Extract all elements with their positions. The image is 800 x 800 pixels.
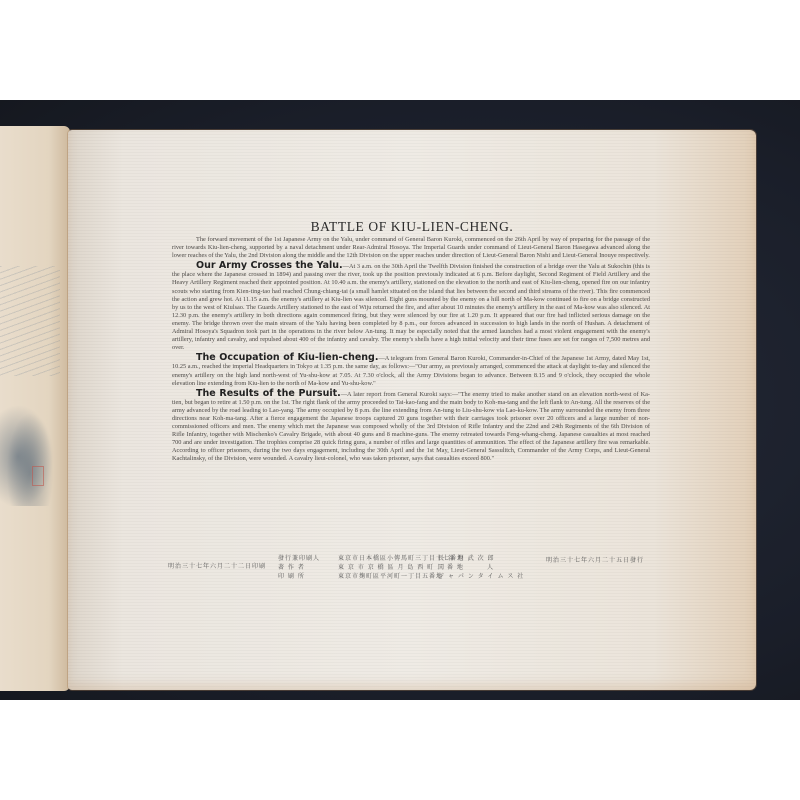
red-seal-mark — [32, 466, 44, 486]
label-author: 著 作 者 — [278, 563, 320, 572]
section-heading: The Occupation of Kiu-lien-cheng. — [196, 352, 378, 363]
section-text: —At 3 a.m. on the 30th April the Twelfth… — [172, 263, 650, 351]
page-title: BATTLE OF KIU-LIEN-CHENG. — [68, 219, 756, 235]
section-heading: Our Army Crosses the Yalu. — [196, 260, 343, 271]
section-text: —A later report from General Kuroki says… — [172, 391, 650, 463]
name-2: 同 人 — [438, 563, 524, 572]
section-pursuit: The Results of the Pursuit.—A later repo… — [172, 390, 650, 464]
name-1: 長 谷 川 武 次 郎 — [438, 554, 524, 563]
left-page-illustration — [0, 126, 70, 691]
intro-paragraph: The forward movement of the 1st Japanese… — [172, 236, 650, 260]
label-printer: 印 刷 所 — [278, 572, 320, 581]
publish-date: 明治三十七年六月二十五日發行 — [546, 556, 644, 565]
section-yalu: Our Army Crosses the Yalu.—At 3 a.m. on … — [172, 262, 650, 352]
photo-border-bottom — [0, 700, 800, 800]
section-occupation: The Occupation of Kiu-lien-cheng.—A tele… — [172, 354, 650, 387]
article-body: The forward movement of the 1st Japanese… — [172, 236, 650, 464]
publisher-names: 長 谷 川 武 次 郎 同 人 ジ ャ パ ン タ イ ム ス 社 — [438, 554, 524, 581]
name-3: ジ ャ パ ン タ イ ム ス 社 — [438, 572, 524, 581]
print-date: 明治三十七年六月二十二日印刷 — [168, 562, 266, 571]
ink-wash-landscape — [0, 396, 60, 506]
section-heading: The Results of the Pursuit. — [196, 388, 341, 399]
publisher-labels: 發行兼印刷人 著 作 者 印 刷 所 — [278, 554, 320, 581]
label-publisher: 發行兼印刷人 — [278, 554, 320, 563]
sketch-hatching — [0, 266, 60, 376]
photo-border-top — [0, 0, 800, 100]
document-page: BATTLE OF KIU-LIEN-CHENG. The forward mo… — [68, 130, 756, 690]
